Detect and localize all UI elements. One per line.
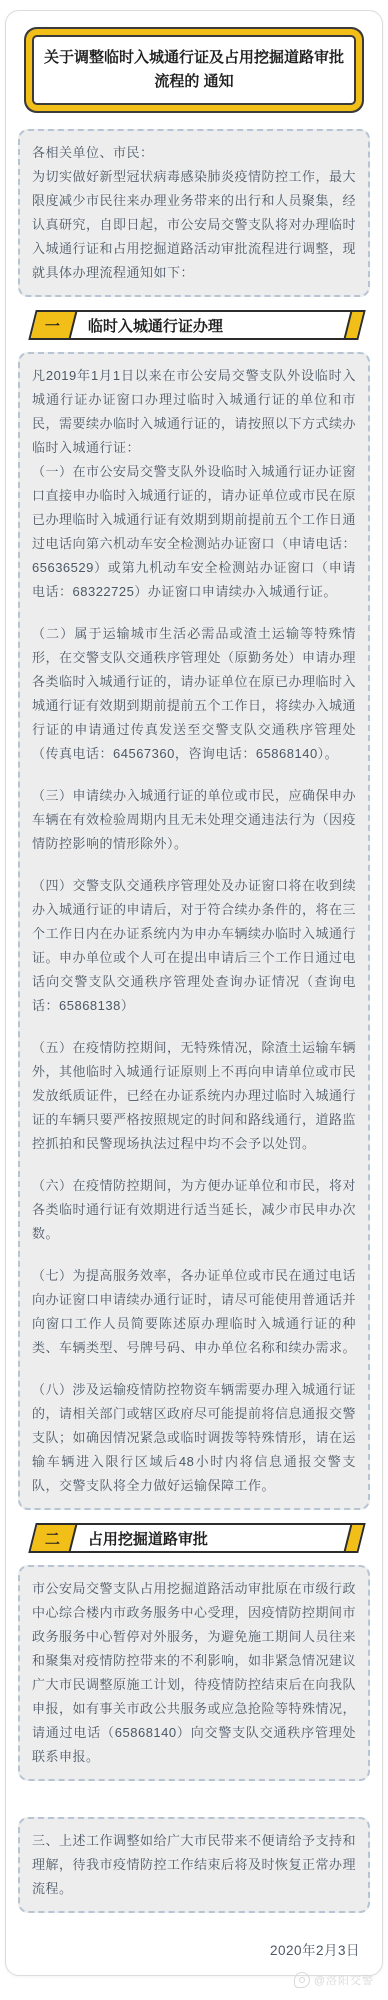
section-2-box: 市公安局交警支队占用挖掘道路活动审批原在市级行政中心综合楼内市政务服务中心受理，… [18, 1565, 370, 1781]
intro-box: 各相关单位、市民： 为切实做好新型冠状病毒感染肺炎疫情防控工作，最大限度减少市民… [18, 129, 370, 297]
section-2-number-badge: 二 [31, 1525, 77, 1551]
paragraph: （二）属于运输城市生活必需品或渣土运输等特殊情形，在交警支队交通秩序管理处（原勤… [32, 622, 356, 766]
watermark-text: @洛阳交警 [314, 1972, 374, 1988]
paragraph: （三）申请续办入城通行证的单位或市民，应确保申办车辆在有效检验周期内且无未处理交… [32, 784, 356, 856]
notice-card: 关于调整临时入城通行证及占用挖掘道路审批流程的 通知 各相关单位、市民： 为切实… [5, 10, 383, 1976]
section-1-header: 一 临时入城通行证办理 [28, 310, 362, 340]
section-2-title-wrap: 占用挖掘道路审批 [71, 1525, 350, 1551]
section-2-header-bar: 二 占用挖掘道路审批 [28, 1523, 365, 1553]
paragraph: （七）为提高服务效率，各办证单位或市民在通过电话向办证窗口申请续办通行证时，请尽… [32, 1264, 356, 1360]
section-2-number: 二 [45, 1528, 60, 1549]
weibo-watermark: @洛阳交警 [294, 1972, 374, 1988]
notice-page: 关于调整临时入城通行证及占用挖掘道路审批流程的 通知 各相关单位、市民： 为切实… [0, 0, 388, 2000]
section-1-header-bar: 一 临时入城通行证办理 [28, 310, 365, 340]
section-1-number-badge: 一 [31, 312, 77, 338]
paragraph: （四）交警支队交通秩序管理处及办证窗口将在收到续办入城通行证的申请后，对于符合续… [32, 874, 356, 1018]
paragraph: 凡2019年1月1日以来在市公安局交警支队外设临时入城通行证办证窗口办理过临时入… [32, 364, 356, 460]
intro-body: 为切实做好新型冠状病毒感染肺炎疫情防控工作，最大限度减少市民往来办理业务带来的出… [32, 165, 356, 285]
paragraph: （六）在疫情防控期间，为方便办证单位和市民，将对各类临时通行证有效期进行适当延长… [32, 1174, 356, 1246]
weibo-icon [294, 1972, 310, 1988]
paragraph: 市公安局交警支队占用挖掘道路活动审批原在市级行政中心综合楼内市政务服务中心受理，… [32, 1577, 356, 1769]
closing-box: 三、上述工作调整如给广大市民带来不便请给予支持和理解，待我市疫情防控工作结束后将… [18, 1817, 370, 1913]
section-1-title: 临时入城通行证办理 [88, 315, 223, 336]
intro-salutation: 各相关单位、市民： [32, 141, 356, 165]
paragraph: （一）在市公安局交警支队外设临时入城通行证办证窗口直接申办临时入城通行证的，请办… [32, 460, 356, 604]
notice-title: 关于调整临时入城通行证及占用挖掘道路审批流程的 通知 [32, 35, 356, 105]
section-1-box: 凡2019年1月1日以来在市公安局交警支队外设临时入城通行证办证窗口办理过临时入… [18, 352, 370, 1510]
section-2-header: 二 占用挖掘道路审批 [28, 1523, 362, 1553]
closing-text: 三、上述工作调整如给广大市民带来不便请给予支持和理解，待我市疫情防控工作结束后将… [32, 1829, 356, 1901]
section-2-title: 占用挖掘道路审批 [88, 1528, 208, 1549]
paragraph: （八）涉及运输疫情防控物资车辆需要办理入城通行证的，请相关部门或辖区政府尽可能提… [32, 1378, 356, 1498]
section-1-title-wrap: 临时入城通行证办理 [71, 312, 350, 338]
notice-date: 2020年2月3日 [16, 1939, 360, 1959]
section-1-number: 一 [45, 315, 60, 336]
paragraph: （五）在疫情防控期间，无特殊情况，除渣土运输车辆外，其他临时入城通行证原则上不再… [32, 1036, 356, 1156]
